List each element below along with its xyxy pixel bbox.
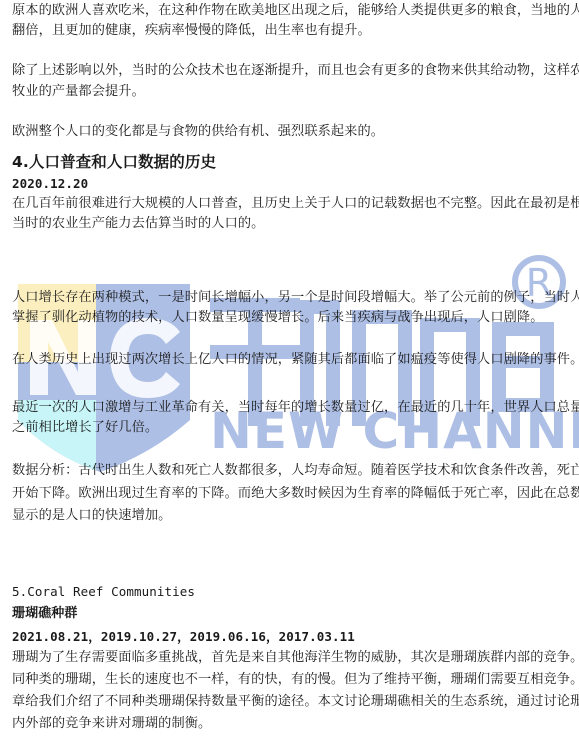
section-date: 2020.12.20 [12, 174, 88, 194]
paragraph-line: 欧洲整个人口的变化都是与食物的供给有机、强烈联系起来的。 [12, 122, 384, 142]
paragraph-line: 章给我们介绍了不同种类珊瑚保持数量平衡的途径。本文讨论珊瑚礁相关的生态系统，通过… [12, 692, 579, 712]
paragraph-line: 在人类历史上出现过两次增长上亿人口的情况，紧随其后都面临了如瘟疫等使得人口剧降的… [12, 350, 579, 370]
paragraph-line: 人口增长存在两种模式，一是时间长增幅小，另一个是时间段增幅大。举了公元前的例子，… [12, 288, 579, 308]
paragraph-line: 翻倍，且更加的健康，疾病率慢慢的降低，出生率也有提升。 [12, 21, 371, 41]
paragraph-line: 开始下降。欧洲出现过生育率的下降。而绝大多数时候因为生育率的降幅低于死亡率，因此… [12, 484, 579, 504]
paragraph-line: 显示的是人口的快速增加。 [12, 506, 171, 526]
section-heading-chinese: 珊瑚礁种群 [12, 604, 78, 624]
paragraph-line: 原本的欧洲人喜欢吃米，在这种作物在欧美地区出现之后，能够给人类提供更多的粮食，当… [12, 1, 579, 21]
paragraph-line: 珊瑚为了生存需要面临多重挑战，首先是来自其他海洋生物的威胁，其次是珊瑚族群内部的… [12, 648, 579, 668]
paragraph-line: 掌握了驯化动植物的技术，人口数量呈现缓慢增长。后来当疾病与战争出现后，人口剧降。 [12, 308, 544, 328]
paragraph-line: 除了上述影响以外，当时的公众技术也在逐渐提升，而且也会有更多的食物来供其给动物，… [12, 61, 579, 81]
paragraph-line: 当时的农业生产能力去估算当时的人口的。 [12, 214, 264, 234]
paragraph-line: 数据分析：古代时出生人数和死亡人数都很多，人均寿命短。随着医学技术和饮食条件改善… [12, 461, 579, 481]
paragraph-line: 在几百年前很难进行大规模的人口普查，且历史上关于人口的记载数据也不完整。因此在最… [12, 194, 579, 214]
paragraph-line: 最近一次的人口激增与工业革命有关，当时每年的增长数量过亿，在最近的几十年，世界人… [12, 398, 579, 418]
paragraph-line: 之前相比增长了好几倍。 [12, 418, 158, 438]
section-dates: 2021.08.21，2019.10.27，2019.06.16，2017.03… [12, 627, 355, 647]
section-heading-english: 5.Coral Reef Communities [12, 582, 195, 602]
section-heading: 4.人口普查和人口数据的历史 [12, 152, 216, 172]
paragraph-line: 牧业的产量都会提升。 [12, 82, 145, 102]
paragraph-line: 内外部的竞争来讲对珊瑚的制衡。 [12, 714, 211, 734]
paragraph-line: 同种类的珊瑚，生长的速度也不一样，有的快，有的慢。但为了维持平衡，珊瑚们需要互相… [12, 670, 579, 690]
